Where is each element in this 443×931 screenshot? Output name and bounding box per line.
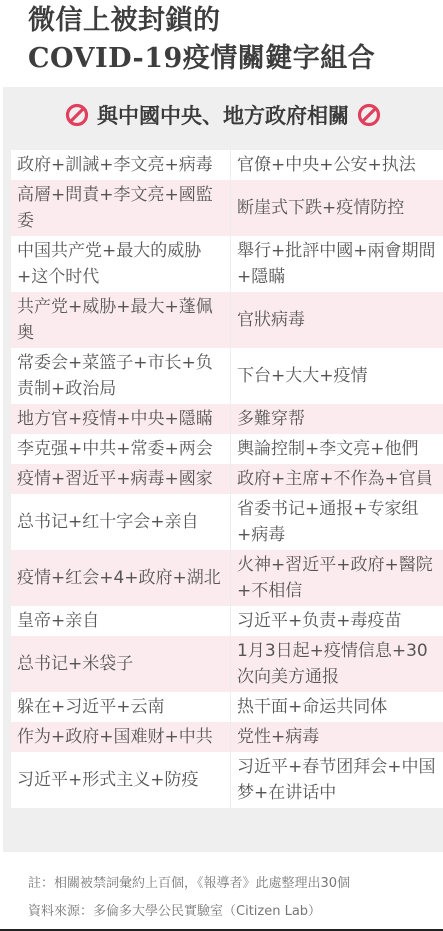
table-row: 躲在+习近平+云南 热干面+命运共同体 — [11, 692, 443, 722]
table-row: 李克强+中共+常委+两会 輿論控制+李文亮+他們 — [11, 434, 443, 464]
table-row: 疫情+红会+4+政府+湖北 火神+習近平+政府+醫院+不相信 — [11, 550, 443, 606]
footnotes: 註：相關被禁詞彙約上百個，《報導者》此處整理出30個 資料來源：多倫多大學公民實… — [28, 870, 350, 926]
title-line-2: COVID-19疫情關鍵字組合 — [28, 40, 375, 78]
keyword-cell: 疫情+習近平+病毒+國家 — [11, 464, 231, 494]
table-row: 中国共产党+最大的威胁+这个时代 舉行+批評中國+兩會期間+隱瞞 — [11, 236, 443, 292]
table-row: 习近平+形式主义+防疫 习近平+春节团拜会+中国梦+在讲话中 — [11, 752, 443, 808]
category-title: 與中國中央、地方政府相關 — [97, 100, 349, 130]
keyword-cell: 躲在+习近平+云南 — [11, 692, 231, 722]
keyword-cell: 习近平+负责+毒疫苗 — [231, 606, 443, 636]
keyword-cell: 常委会+菜篮子+市长+负责制+政治局 — [11, 348, 231, 404]
prohibited-icon — [357, 103, 381, 127]
keyword-cell: 政府+訓誡+李文亮+病毒 — [11, 150, 231, 180]
table-row: 共产党+威胁+最大+蓬佩奥 官狀病毒 — [11, 292, 443, 348]
keyword-cell: 习近平+春节团拜会+中国梦+在讲话中 — [231, 752, 443, 808]
table-row: 皇帝+亲自 习近平+负责+毒疫苗 — [11, 606, 443, 636]
keyword-table: 政府+訓誡+李文亮+病毒 官僚+中央+公安+执法 高層+問責+李文亮+國監委 断… — [11, 150, 443, 808]
category-banner: 與中國中央、地方政府相關 — [3, 87, 443, 143]
prohibited-icon — [65, 103, 89, 127]
keyword-cell: 省委书记+通报+专家组+病毒 — [231, 494, 443, 550]
keyword-cell: 李克强+中共+常委+两会 — [11, 434, 231, 464]
title-line-1: 微信上被封鎖的 — [28, 2, 375, 40]
source-text: 資料來源：多倫多大學公民實驗室（Citizen Lab） — [28, 898, 350, 926]
keyword-panel: 與中國中央、地方政府相關 政府+訓誡+李文亮+病毒 官僚+中央+公安+执法 高層… — [3, 87, 443, 852]
table-row: 总书记+红十字会+亲自 省委书记+通报+专家组+病毒 — [11, 494, 443, 550]
keyword-cell: 輿論控制+李文亮+他們 — [231, 434, 443, 464]
keyword-cell: 疫情+红会+4+政府+湖北 — [11, 550, 231, 606]
keyword-cell: 火神+習近平+政府+醫院+不相信 — [231, 550, 443, 606]
keyword-cell: 热干面+命运共同体 — [231, 692, 443, 722]
table-row: 政府+訓誡+李文亮+病毒 官僚+中央+公安+执法 — [11, 150, 443, 180]
table-row: 疫情+習近平+病毒+國家 政府+主席+不作為+官員 — [11, 464, 443, 494]
keyword-cell: 地方官+疫情+中央+隱瞞 — [11, 404, 231, 434]
keyword-cell: 作为+政府+国难财+中共 — [11, 722, 231, 752]
table-row: 总书记+米袋子 1月3日起+疫情信息+30次向美方通报 — [11, 636, 443, 692]
keyword-cell: 党性+病毒 — [231, 722, 443, 752]
keyword-cell: 1月3日起+疫情信息+30次向美方通报 — [231, 636, 443, 692]
keyword-cell: 多難穿帮 — [231, 404, 443, 434]
keyword-cell: 官僚+中央+公安+执法 — [231, 150, 443, 180]
keyword-cell: 皇帝+亲自 — [11, 606, 231, 636]
table-row: 高層+問責+李文亮+國監委 断崖式下跌+疫情防控 — [11, 180, 443, 236]
keyword-cell: 官狀病毒 — [231, 292, 443, 348]
keyword-cell: 政府+主席+不作為+官員 — [231, 464, 443, 494]
keyword-cell: 总书记+米袋子 — [11, 636, 231, 692]
table-row: 作为+政府+国难财+中共 党性+病毒 — [11, 722, 443, 752]
note-text: 註：相關被禁詞彙約上百個，《報導者》此處整理出30個 — [28, 870, 350, 898]
keyword-cell: 总书记+红十字会+亲自 — [11, 494, 231, 550]
keyword-cell: 共产党+威胁+最大+蓬佩奥 — [11, 292, 231, 348]
table-row: 常委会+菜篮子+市长+负责制+政治局 下台+大大+疫情 — [11, 348, 443, 404]
keyword-cell: 舉行+批評中國+兩會期間+隱瞞 — [231, 236, 443, 292]
keyword-cell: 断崖式下跌+疫情防控 — [231, 180, 443, 236]
keyword-cell: 高層+問責+李文亮+國監委 — [11, 180, 231, 236]
keyword-cell: 中国共产党+最大的威胁+这个时代 — [11, 236, 231, 292]
table-row: 地方官+疫情+中央+隱瞞 多難穿帮 — [11, 404, 443, 434]
keyword-cell: 下台+大大+疫情 — [231, 348, 443, 404]
keyword-cell: 习近平+形式主义+防疫 — [11, 752, 231, 808]
page-title: 微信上被封鎖的 COVID-19疫情關鍵字組合 — [28, 2, 375, 78]
